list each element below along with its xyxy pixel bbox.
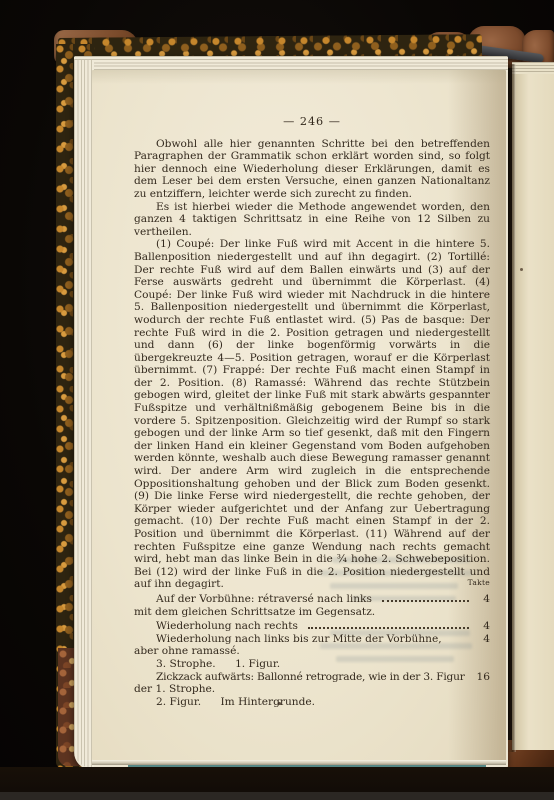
page-number: — 246 — [134, 116, 490, 129]
paragraph-intro: Obwohl alle hier genannten Schritte bei … [134, 138, 490, 201]
step-text: (1) Coupé: Der linke Fuß wird mit Accent… [134, 238, 490, 590]
continuation-line: der 1. Strophe. [134, 683, 490, 696]
dust-speck [520, 268, 523, 271]
takte-value: 4 [475, 593, 490, 606]
book-photograph: { "page": { "number_display": "— 246 —" … [0, 0, 554, 800]
dot-leader [382, 591, 469, 602]
takte-row: Auf der Vorbühne: rétraversé nach links … [134, 591, 490, 606]
page-stack-left-edge-lines [74, 60, 94, 768]
zigzag-row: Zickzack aufwärts: Ballonné retrograde, … [134, 671, 490, 684]
facing-page-edge [512, 62, 554, 750]
takte-row-label: Wiederholung nach links bis zur Mitte de… [156, 633, 442, 646]
takte-row: Wiederholung nach rechts 4 [134, 618, 490, 633]
continuation-line: mit dem gleichen Schrittsatze im Gegensa… [134, 606, 490, 619]
strophe-heading: 3. Strophe. [156, 658, 216, 670]
figur2-text: Im Hintergrunde. [220, 696, 315, 708]
printed-text-block: — 246 — Obwohl alle hier genannten Schri… [134, 116, 490, 708]
continuation-line: aber ohne ramassé. [134, 645, 490, 658]
figur2-label: 2. Figur. [156, 696, 201, 708]
takte-value: 4 [475, 633, 490, 646]
paragraph-method: Es ist hierbei wieder die Methode angewe… [134, 201, 490, 239]
facing-page-top-edge-lines [512, 62, 554, 74]
takte-row-label: Auf der Vorbühne: rétraversé nach links [156, 593, 372, 606]
figur-heading: 1. Figur. [235, 658, 280, 670]
figur2-row: 2. Figur. Im Hintergrunde. [134, 696, 490, 709]
paragraph-step-descriptions: (1) Coupé: Der linke Fuß wird mit Accent… [134, 238, 490, 591]
strophe-figur-heading: 3. Strophe. 1. Figur. [134, 658, 490, 671]
dot-leader [308, 618, 469, 629]
bottom-strip-highlight [0, 792, 554, 800]
takte-value: 4 [475, 620, 490, 633]
takte-column-header: Takte [446, 577, 490, 590]
takte-value: 16 [475, 671, 490, 684]
takte-row: Wiederholung nach links bis zur Mitte de… [134, 633, 490, 646]
zigzag-label: Zickzack aufwärts: Ballonné retrograde, … [156, 671, 465, 684]
takte-row-label: Wiederholung nach rechts [156, 620, 298, 633]
